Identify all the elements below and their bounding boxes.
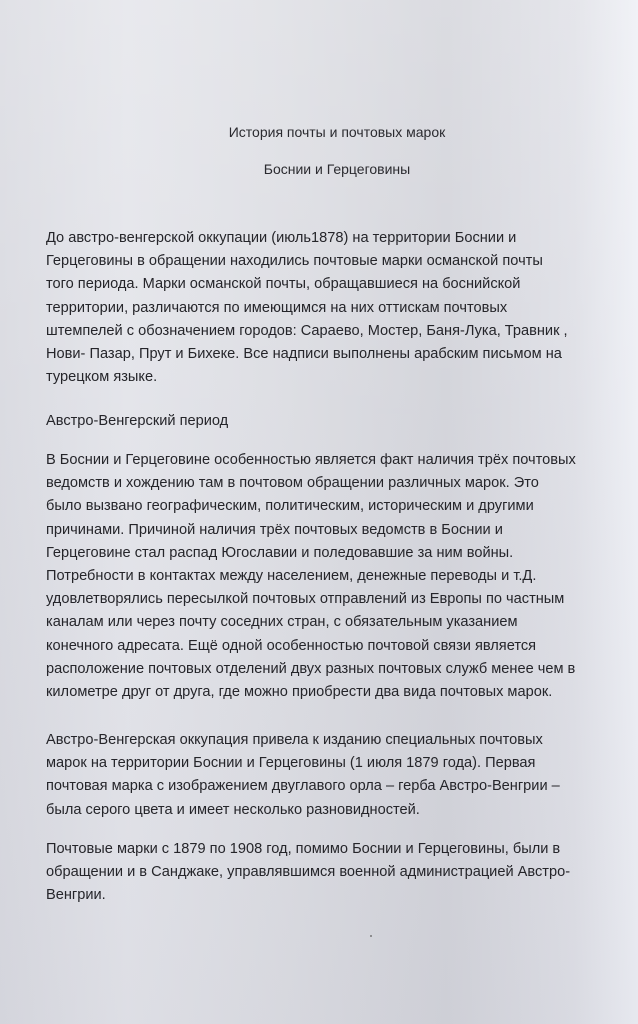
text-line: В Боснии и Герцеговине особенностью явля… [46,449,631,472]
text-line: Почтовые марки с 1879 по 1908 год, помим… [46,838,631,861]
text-line: почтовая марка с изображением двуглавого… [46,775,631,798]
text-line: обращении и в Санджаке, управлявшимся во… [46,861,631,884]
paragraph-occupation-stamps: Австро-Венгерская оккупация привела к из… [46,729,631,822]
paragraph-three-postal-services: В Боснии и Герцеговине особенностью явля… [46,449,631,704]
text-line: удовлетворялись пересылкой почтовых отпр… [46,588,631,611]
text-line: причинами. Причиной наличия трёх почтовы… [46,519,631,542]
document-page: История почты и почтовых марок Боснии и … [0,0,638,1024]
document-title-line-1: История почты и почтовых марок [18,124,638,140]
text-line: каналам или через почту соседних стран, … [46,611,631,634]
text-line: километре друг от друга, где можно приоб… [46,681,631,704]
text-line: Потребности в контактах между населением… [46,565,631,588]
text-line: турецком языке. [46,366,631,389]
text-line: расположение почтовых отделений двух раз… [46,658,631,681]
text-line: До австро-венгерской оккупации (июль1878… [46,227,631,250]
text-line: Герцеговине стал распад Югославии и поле… [46,542,631,565]
text-line: было вызвано географическим, политически… [46,495,631,518]
text-line: Герцеговины в обращении находились почто… [46,250,631,273]
paper-speck [370,935,372,937]
document-title-line-2: Боснии и Герцеговины [18,161,638,177]
paragraph-sandzak: Почтовые марки с 1879 по 1908 год, помим… [46,838,631,908]
text-line: была серого цвета и имеет несколько разн… [46,799,631,822]
text-line: территории, различаются по имеющимся на … [46,297,631,320]
text-line: Венгрии. [46,884,631,907]
text-line: штемпелей с обозначением городов: Сараев… [46,320,631,343]
text-line: марок на территории Боснии и Герцеговины… [46,752,631,775]
paragraph-ottoman-period: До австро-венгерской оккупации (июль1878… [46,227,631,389]
text-line: Нови- Пазар, Прут и Бихеке. Все надписи … [46,343,631,366]
text-line: Австро-Венгерская оккупация привела к из… [46,729,631,752]
text-line: того периода. Марки османской почты, обр… [46,273,631,296]
text-line: конечного адресата. Ещё одной особенност… [46,635,631,658]
text-line: ведомств и хождению там в почтовом обращ… [46,472,631,495]
section-heading: Австро-Венгерский период [46,413,228,429]
